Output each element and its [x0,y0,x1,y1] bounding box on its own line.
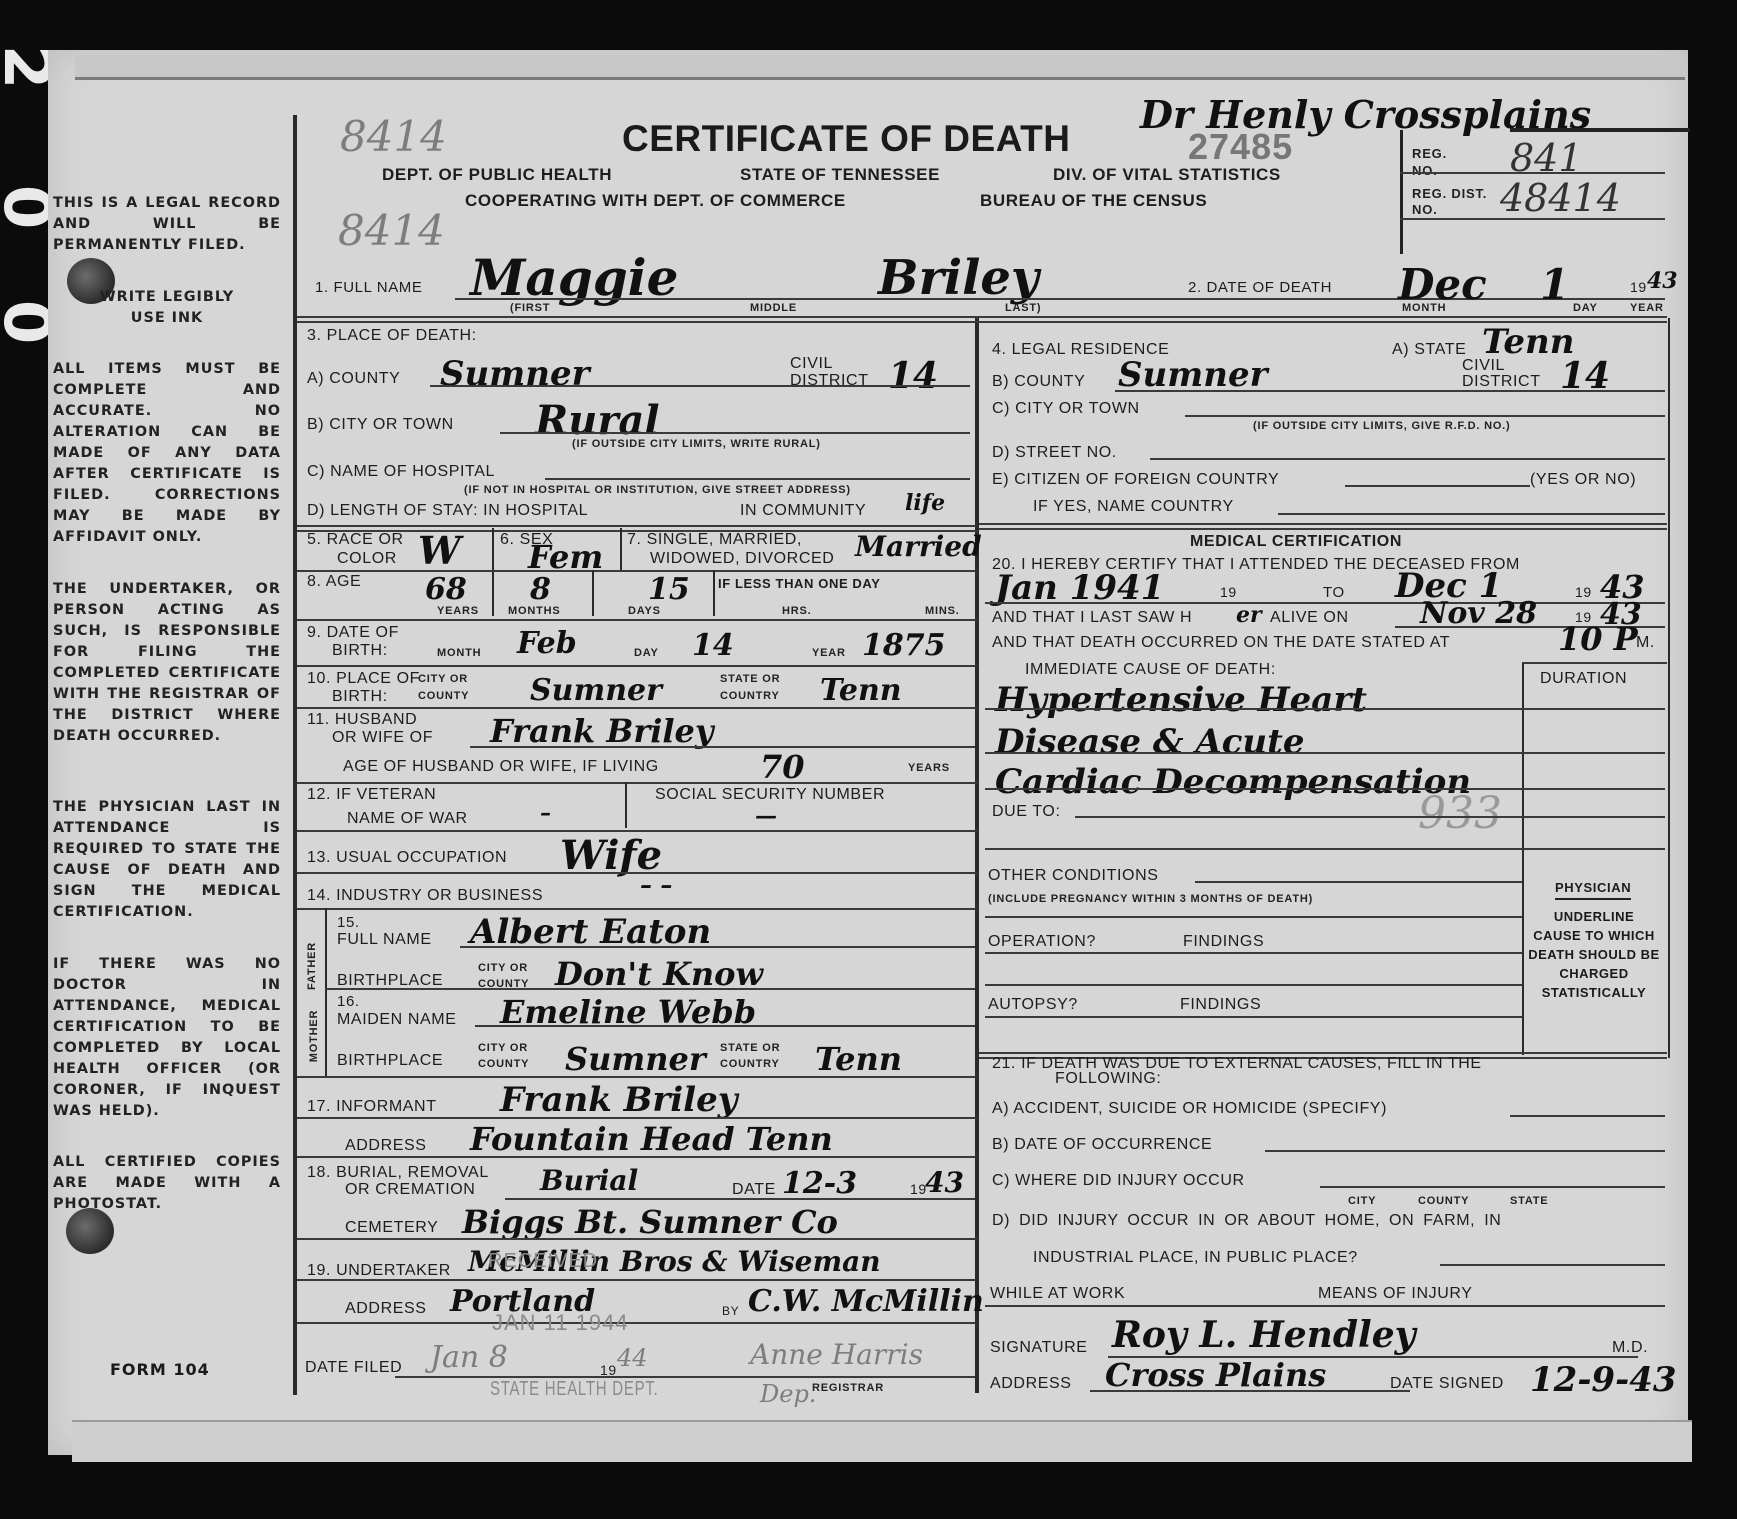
hospital-note: (IF NOT IN HOSPITAL OR INSTITUTION, GIVE… [464,484,851,496]
while-at-work-label: WHILE AT WORK [990,1285,1125,1303]
rule [1278,513,1665,515]
rule [1150,458,1665,460]
notice-use-ink: USE INK [53,308,281,329]
spouse-label-2: OR WIFE OF [332,729,433,747]
header-division: DIV. OF VITAL STATISTICS [1053,165,1281,185]
rule [297,1156,977,1158]
date-filed-label: DATE FILED [305,1359,402,1377]
physician-address-value: Cross Plains [1105,1356,1326,1394]
date-signed-label: DATE SIGNED [1390,1375,1504,1393]
mother-city-label-2: COUNTY [478,1058,529,1070]
notice-photostat: ALL CERTIFIED COPIES ARE MADE WITH A PHO… [53,1152,281,1215]
pencil-file-number: 8414 [338,206,445,255]
district-label: DISTRICT [790,372,869,390]
civil-label: CIVIL [790,355,833,373]
marital-label-1: 7. SINGLE, MARRIED, [627,531,802,549]
industry-label: 14. INDUSTRY OR BUSINESS [307,887,543,905]
death-county-value: Sumner [440,354,590,394]
last-saw-label: AND THAT I LAST SAW H [992,609,1192,627]
dob-day-label: DAY [634,647,659,659]
death-year-value: 43 [1647,268,1678,294]
other-conditions-label: OTHER CONDITIONS [988,867,1159,885]
reg-dist-label: REG. DIST. [1412,186,1487,201]
marital-value: Married [855,530,982,563]
pob-label-1: 10. PLACE OF [307,670,420,688]
reg-no-label: REG. [1412,146,1447,161]
injury-county-label: COUNTY [1418,1195,1469,1207]
hrs-label: HRS. [782,605,811,617]
rule [1440,1264,1665,1266]
mother-state-value: Tenn [815,1040,902,1078]
dob-month-label: MONTH [437,647,481,659]
rule [505,1198,975,1200]
rule [1522,662,1524,1055]
last-saw-pronoun: er [1236,602,1262,628]
rule [297,665,977,667]
rule [985,1305,1665,1307]
pob-state-label-1: STATE OR [720,673,780,685]
cause-line-2: Disease & Acute [995,722,1305,762]
operation-findings-label: FINDINGS [1183,933,1264,951]
rule [1090,1390,1410,1392]
place-of-death-label: 3. PLACE OF DEATH: [307,327,477,345]
burial-date-label: DATE [732,1181,776,1199]
father-num: 15. [337,914,360,931]
alive-label: ALIVE ON [1270,609,1349,627]
registrar-signature: Anne Harris [750,1338,923,1371]
rule [475,1025,975,1027]
occurrence-date-label: B) DATE OF OCCURRENCE [992,1136,1212,1154]
registrar-label: REGISTRAR [812,1382,884,1394]
attended-from-19: 19 [1220,584,1237,600]
mother-name-label: MAIDEN NAME [337,1011,457,1029]
rule [592,570,594,616]
rule [985,602,1665,604]
pob-city-label-2: COUNTY [418,690,469,702]
cause-label: IMMEDIATE CAUSE OF DEATH: [1025,661,1276,679]
rule [492,528,494,616]
dob-year-label: YEAR [812,647,846,659]
rule [1510,1115,1665,1117]
rule [325,988,975,990]
mother-side-label: MOTHER [308,1010,320,1062]
rule [985,1016,1522,1018]
header-cooperating: COOPERATING WITH DEPT. OF COMMERCE [465,191,846,211]
state-health-dept-stamp: STATE HEALTH DEPT. [490,1378,659,1401]
m-label: M. [1636,634,1655,652]
less-than-day-label: IF LESS THAN ONE DAY [718,576,880,591]
signature-label: SIGNATURE [990,1339,1088,1357]
dob-day-value: 14 [692,628,734,663]
residence-district-label: DISTRICT [1462,373,1541,391]
rule [430,385,970,387]
pencil-file-number: 8414 [340,112,447,161]
injury-place-label-1: D) DID INJURY OCCUR IN OR ABOUT HOME, ON… [992,1212,1501,1230]
rule [500,432,970,434]
year-label: YEAR [1630,302,1664,314]
years-label: YEARS [437,605,479,617]
death-day-value: 1 [1540,260,1569,309]
medical-certification-heading: MEDICAL CERTIFICATION [1190,533,1402,551]
due-to-label: DUE TO: [992,803,1061,821]
reg-dist-value: 48414 [1500,176,1621,220]
rule [297,316,1667,323]
city-label: B) CITY OR TOWN [307,416,454,434]
father-side-label: FATHER [306,942,318,990]
months-label: MONTHS [508,605,560,617]
pob-city-label-1: CITY OR [418,673,468,685]
pob-label-2: BIRTH: [332,688,388,706]
informant-value: Frank Briley [500,1080,737,1120]
death-city-value: Rural [535,397,660,444]
burial-label-2: OR CREMATION [345,1181,475,1199]
form-center-divider [975,318,979,1393]
date-filed-year: 44 [617,1344,648,1372]
rule [325,908,327,1078]
notice-no-doctor: IF THERE WAS NO DOCTOR IN ATTENDANCE, ME… [53,954,281,1122]
rule [395,1376,975,1378]
date-signed-value: 12-9-43 [1530,1360,1677,1400]
rule [713,570,715,616]
rule [297,1076,977,1078]
rule [1115,390,1665,392]
notice-write-legibly: WRITE LEGIBLY [53,287,281,308]
burial-label-1: 18. BURIAL, REMOVAL [307,1164,489,1182]
registrar-deputy: Dep. [760,1380,816,1408]
means-of-injury-label: MEANS OF INJURY [1318,1285,1473,1303]
autopsy-label: AUTOPSY? [988,996,1078,1014]
in-community-label: IN COMMUNITY [740,502,866,520]
informant-label: 17. INFORMANT [307,1098,437,1116]
cause-line-1: Hypertensive Heart [995,680,1367,720]
undertaker-address-label: ADDRESS [345,1300,427,1318]
residence-county-label: B) COUNTY [992,373,1085,391]
first-label: (FIRST [510,302,550,314]
death-time-label: AND THAT DEATH OCCURRED ON THE DATE STAT… [992,634,1450,652]
country-label: IF YES, NAME COUNTRY [1033,498,1234,516]
injury-location-label: C) WHERE DID INJURY OCCUR [992,1172,1245,1190]
spouse-age-label: AGE OF HUSBAND OR WIFE, IF LIVING [343,758,659,776]
rule [1345,485,1530,487]
mother-num: 16. [337,993,360,1010]
duration-label: DURATION [1540,670,1627,688]
dob-month-value: Feb [517,626,577,661]
veteran-label: 12. IF VETERAN [307,786,436,804]
reg-dist-label: NO. [1412,202,1438,217]
notice-legal-record: THIS IS A LEGAL RECORD AND WILL BE PERMA… [53,193,281,256]
war-label: NAME OF WAR [347,810,468,828]
autopsy-findings-label: FINDINGS [1180,996,1261,1014]
city-note: (IF OUTSIDE CITY LIMITS, WRITE RURAL) [572,438,821,450]
race-label: 5. RACE OR [307,531,404,549]
age-years-value: 68 [425,572,467,607]
in-community-value: life [905,490,945,516]
last-label: LAST) [1005,302,1041,314]
form-right-border [1668,318,1670,1058]
residence-city-note: (IF OUTSIDE CITY LIMITS, GIVE R.F.D. NO.… [1253,420,1511,432]
header-bureau: BUREAU OF THE CENSUS [980,191,1207,211]
reg-no-label: NO. [1412,163,1438,178]
rule [297,619,977,621]
war-value: – [540,800,551,826]
form-left-border [293,115,297,1395]
spouse-years-label: YEARS [908,762,950,774]
informant-address-value: Fountain Head Tenn [470,1120,833,1158]
dob-label-1: 9. DATE OF [307,624,399,642]
rule [1075,816,1665,818]
date-filed-value: Jan 8 [430,1340,508,1375]
physician-note: UNDERLINE CAUSE TO WHICH DEATH SHOULD BE… [1528,907,1660,1002]
industry-value: – – [640,870,672,899]
ssn-value: — [755,803,777,829]
rule [297,570,977,572]
rule [1195,881,1522,883]
by-label: BY [722,1304,739,1318]
rule [1265,1150,1665,1152]
document-title: CERTIFICATE OF DEATH [622,118,1071,160]
rule [297,872,977,874]
residence-county-value: Sumner [1118,355,1268,395]
rule [297,707,977,709]
rule [985,752,1665,754]
burial-date-value: 12-3 [782,1166,857,1201]
residence-state-label: A) STATE [1392,341,1466,359]
rule [297,1238,977,1240]
by-value: C.W. McMillin [748,1284,984,1319]
header-dept: DEPT. OF PUBLIC HEALTH [382,165,612,185]
rule [620,528,622,570]
informant-address-label: ADDRESS [345,1137,427,1155]
rule [1522,662,1667,664]
received-stamp-date: JAN 11 1944 [492,1310,629,1336]
rule [979,523,1667,530]
length-of-stay-label: D) LENGTH OF STAY: IN HOSPITAL [307,502,588,520]
injury-state-label: STATE [1510,1195,1548,1207]
occupation-label: 13. USUAL OCCUPATION [307,849,507,867]
paper-bottom-edge [72,1420,1692,1462]
county-label: A) COUNTY [307,370,400,388]
burial-year-value: 43 [925,1166,964,1199]
full-name-label: 1. FULL NAME [315,279,423,296]
rule [297,908,977,910]
pob-state-value: Tenn [820,673,902,708]
middle-label: MIDDLE [750,302,797,314]
rule [985,952,1522,954]
burial-value: Burial [540,1164,638,1197]
other-conditions-note: (INCLUDE PREGNANCY WITHIN 3 MONTHS OF DE… [988,893,1313,905]
citizen-note: (YES OR NO) [1530,471,1636,489]
rule [985,984,1522,986]
rule [985,848,1665,850]
rule [1185,415,1665,417]
injury-place-label-2: INDUSTRIAL PLACE, IN PUBLIC PLACE? [1033,1249,1358,1267]
notice-complete-accurate: ALL ITEMS MUST BE COMPLETE AND ACCURATE.… [53,359,281,548]
rule [985,708,1665,710]
pencil-cause-code: 933 [1418,788,1502,839]
notice-undertaker: THE UNDERTAKER, OR PERSON ACTING AS SUCH… [53,579,281,747]
mother-state-label-2: COUNTRY [720,1058,780,1070]
spouse-label-1: 11. HUSBAND [307,711,417,729]
notice-physician: THE PHYSICIAN LAST IN ATTENDANCE IS REQU… [53,797,281,923]
day-label: DAY [1573,302,1598,314]
attended-to-19: 19 [1575,584,1592,600]
header-state: STATE OF TENNESSEE [740,165,940,185]
injury-city-label: CITY [1348,1195,1376,1207]
color-label: COLOR [337,550,397,568]
rule [1320,1186,1665,1188]
mother-state-label-1: STATE OR [720,1042,780,1054]
external-causes-label-2: FOLLOWING: [1055,1070,1161,1088]
rule [297,1279,977,1281]
days-label: DAYS [628,605,661,617]
death-year-prefix: 19 [1630,279,1647,295]
undertaker-label: 19. UNDERTAKER [307,1262,451,1280]
citizen-label: E) CITIZEN OF FOREIGN COUNTRY [992,471,1279,489]
residence-city-label: C) CITY OR TOWN [992,400,1140,418]
rule [625,782,627,828]
physician-address-label: ADDRESS [990,1375,1072,1393]
mins-label: MINS. [925,605,960,617]
form-number: FORM 104 [110,1360,210,1379]
mother-birthplace-label: BIRTHPLACE [337,1052,443,1070]
rule [545,478,970,480]
pob-city-value: Sumner [530,673,662,708]
md-label: M.D. [1612,1339,1648,1357]
pob-state-label-2: COUNTRY [720,690,780,702]
age-days-value: 15 [648,572,690,607]
date-of-death-label: 2. DATE OF DEATH [1188,279,1332,296]
rule [985,916,1522,918]
rule [297,1117,977,1119]
accident-label: A) ACCIDENT, SUICIDE OR HOMICIDE (SPECIF… [992,1100,1387,1118]
rule [297,782,977,784]
paper-top-edge [75,55,1685,80]
spouse-value: Frank Briley [490,712,714,750]
age-label: 8. AGE [307,573,361,591]
father-name-label: FULL NAME [337,931,432,949]
rule [470,746,975,748]
death-time-value: 10 P [1558,620,1638,658]
marital-label-2: WIDOWED, DIVORCED [650,550,834,568]
physician-note-heading: PHYSICIAN [1555,880,1631,900]
rule [1400,218,1665,220]
to-label: TO [1323,584,1345,601]
dob-label-2: BIRTH: [332,642,388,660]
dob-year-value: 1875 [862,628,946,663]
street-label: D) STREET NO. [992,444,1117,462]
cemetery-label: CEMETERY [345,1219,438,1237]
hospital-label: C) NAME OF HOSPITAL [307,463,495,481]
operation-label: OPERATION? [988,933,1096,951]
rule [297,1322,977,1324]
father-city-label-1: CITY OR [478,962,528,974]
spouse-age-value: 70 [760,748,805,786]
rule [985,788,1665,790]
rule [460,946,975,948]
physician-signature: Roy L. Hendley [1112,1314,1416,1356]
cemetery-value: Biggs Bt. Sumner Co [462,1203,838,1241]
mother-city-label-1: CITY OR [478,1042,528,1054]
cause-line-3: Cardiac Decompensation [995,762,1471,802]
received-stamp: RECEIVED [488,1250,598,1273]
rule [1400,172,1665,174]
month-label: MONTH [1402,302,1446,314]
mother-birthplace-value: Sumner [565,1040,706,1078]
death-civil-district-value: 14 [888,355,938,397]
race-value: W [418,528,461,573]
age-months-value: 8 [530,572,551,607]
ssn-label: SOCIAL SECURITY NUMBER [655,786,885,804]
